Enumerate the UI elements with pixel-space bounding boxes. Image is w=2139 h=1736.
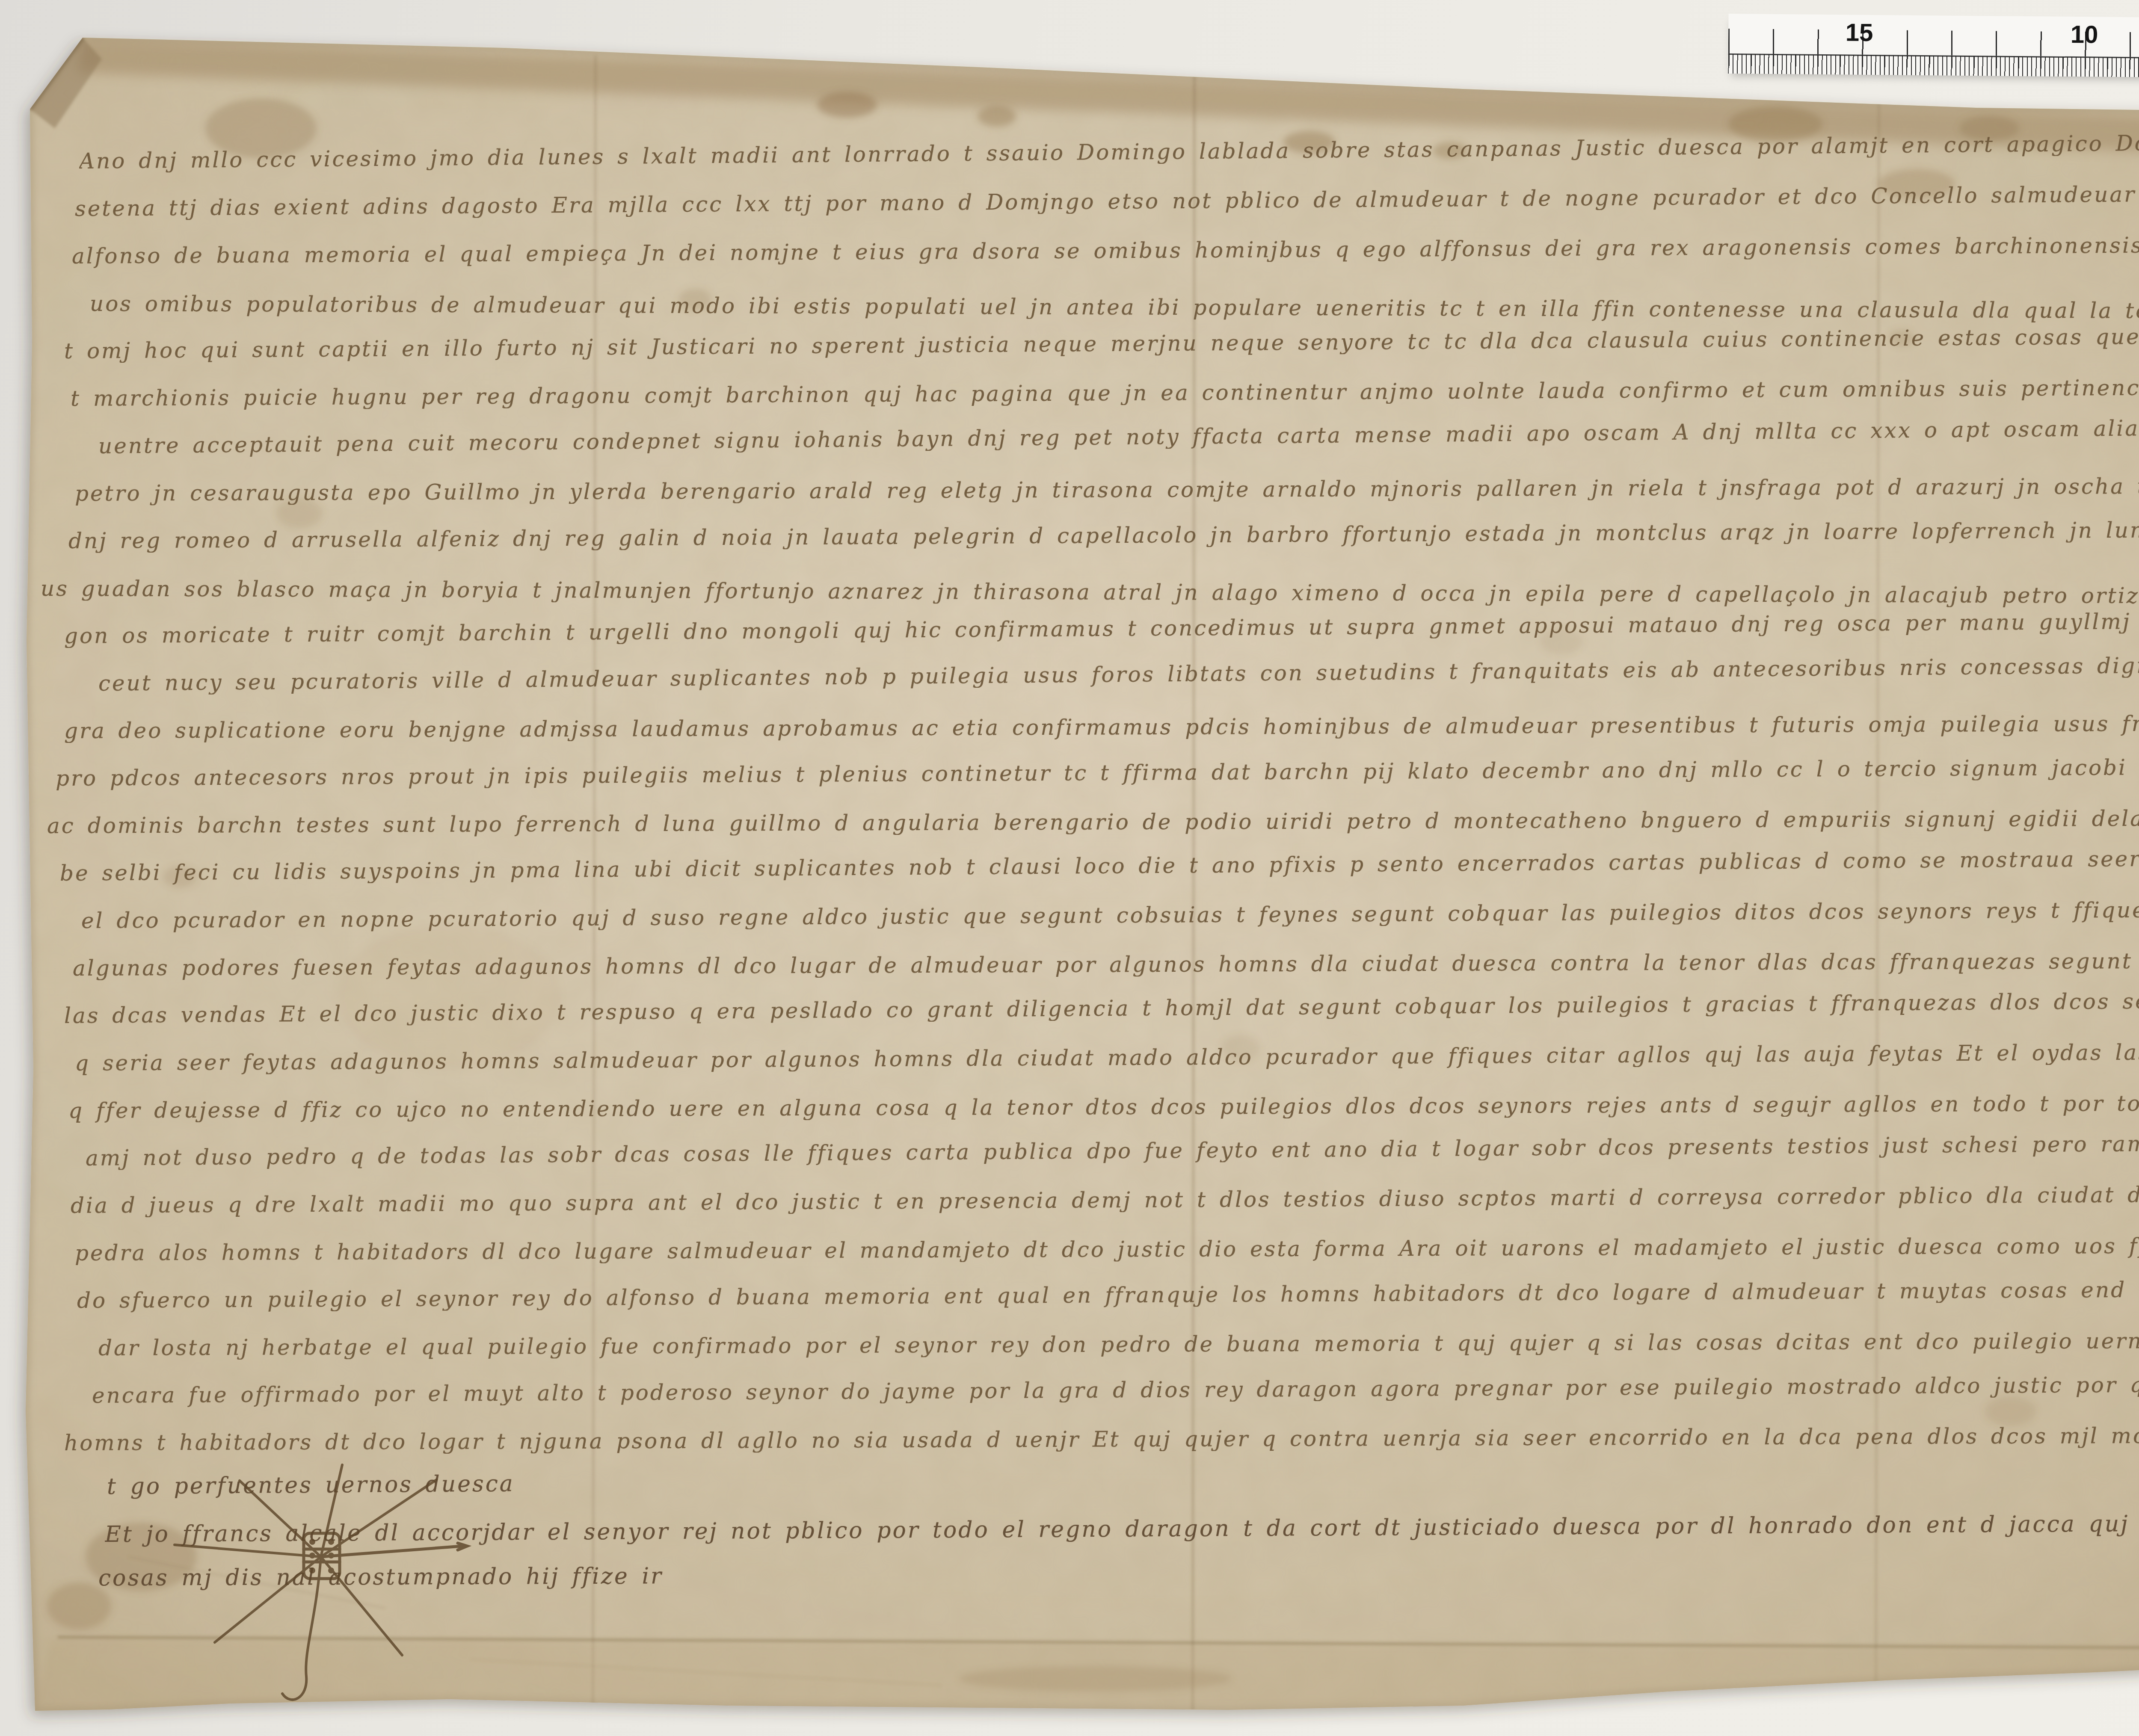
manuscript-line-26: dar losta nj herbatge el qual puilegio f…	[98, 1328, 2139, 1360]
manuscript-line-7: uentre acceptauit pena cuit mecoru conde…	[98, 414, 2139, 458]
h-ruler-label-15: 15	[1846, 18, 1873, 47]
manuscript-line-9: dnj reg romeo d arrusella alfeniz dnj re…	[68, 517, 2139, 553]
manuscript-line-27: encara fue offirmado por el muyt alto t …	[92, 1372, 2139, 1408]
manuscript-line-4: uos omibus populatoribus de almudeuar qu…	[90, 292, 2139, 324]
horizontal-ruler: 15 10 5 0	[1728, 14, 2139, 81]
manuscript-line-19: las dcas vendas Et el dco justic dixo t …	[64, 988, 2139, 1028]
manuscript-line-15: ac dominis barchn testes sunt lupo ferre…	[47, 806, 2139, 838]
manuscript-line-11: gon os moricate t ruitr comjt barchin t …	[64, 608, 2139, 648]
manuscript-line-12: ceut nucy seu pcuratoris ville d almudeu…	[98, 652, 2139, 695]
manuscript-line-6: t marchionis puicie hugnu per reg dragon…	[71, 375, 2139, 411]
manuscript-line-24: pedra alos homns t habitadors dl dco lug…	[75, 1233, 2139, 1265]
manuscript-line-20: q seria seer feytas adagunos homns salmu…	[75, 1039, 2139, 1075]
manuscript-line-13: gra deo suplicatione eoru benjgne admjss…	[64, 711, 2139, 743]
manuscript-line-21: q ffer deujesse d ffiz co ujco no entend…	[68, 1091, 2139, 1123]
manuscript-line-22: amj not duso pedro q de todas las sobr d…	[86, 1130, 2139, 1170]
manuscript-line-2: setena ttj dias exient adins dagosto Era…	[75, 181, 2139, 221]
manuscript-line-25: do sfuerco un puilegio el seynor rey do …	[77, 1277, 2139, 1313]
manuscript-line-16: be selbi feci cu lidis suyspoins jn pma …	[60, 845, 2139, 885]
manuscript-line-18: algunas podores fuesen feytas adagunos h…	[73, 949, 2139, 980]
manuscript-line-28: homns t habitadors dt dco logar t njguna…	[64, 1423, 2139, 1455]
manuscript-line-1: Ano dnj mllo ccc vicesimo jmo dia lunes …	[79, 129, 2139, 173]
manuscript-line-8: petro jn cesaraugusta epo Guillmo jn yle…	[75, 474, 2139, 506]
manuscript-line-23: dia d jueus q dre lxalt madii mo quo sup…	[71, 1182, 2139, 1218]
manuscript-line-3: alfonso de buana memoria el qual empieça…	[72, 232, 2139, 268]
manuscript-line-14: pro pdcos antecesors nros prout jn ipis …	[56, 754, 2139, 790]
notarial-sign-star	[163, 1454, 505, 1719]
manuscript-line-17: el dco pcurador en nopne pcuratorio quj …	[81, 897, 2139, 933]
manuscript-line-10: us guadan sos blasco maça jn boryia t jn…	[41, 577, 2139, 609]
h-ruler-label-10: 10	[2071, 20, 2098, 49]
manuscript-line-5: t omj hoc qui sunt captii en illo furto …	[64, 323, 2139, 363]
